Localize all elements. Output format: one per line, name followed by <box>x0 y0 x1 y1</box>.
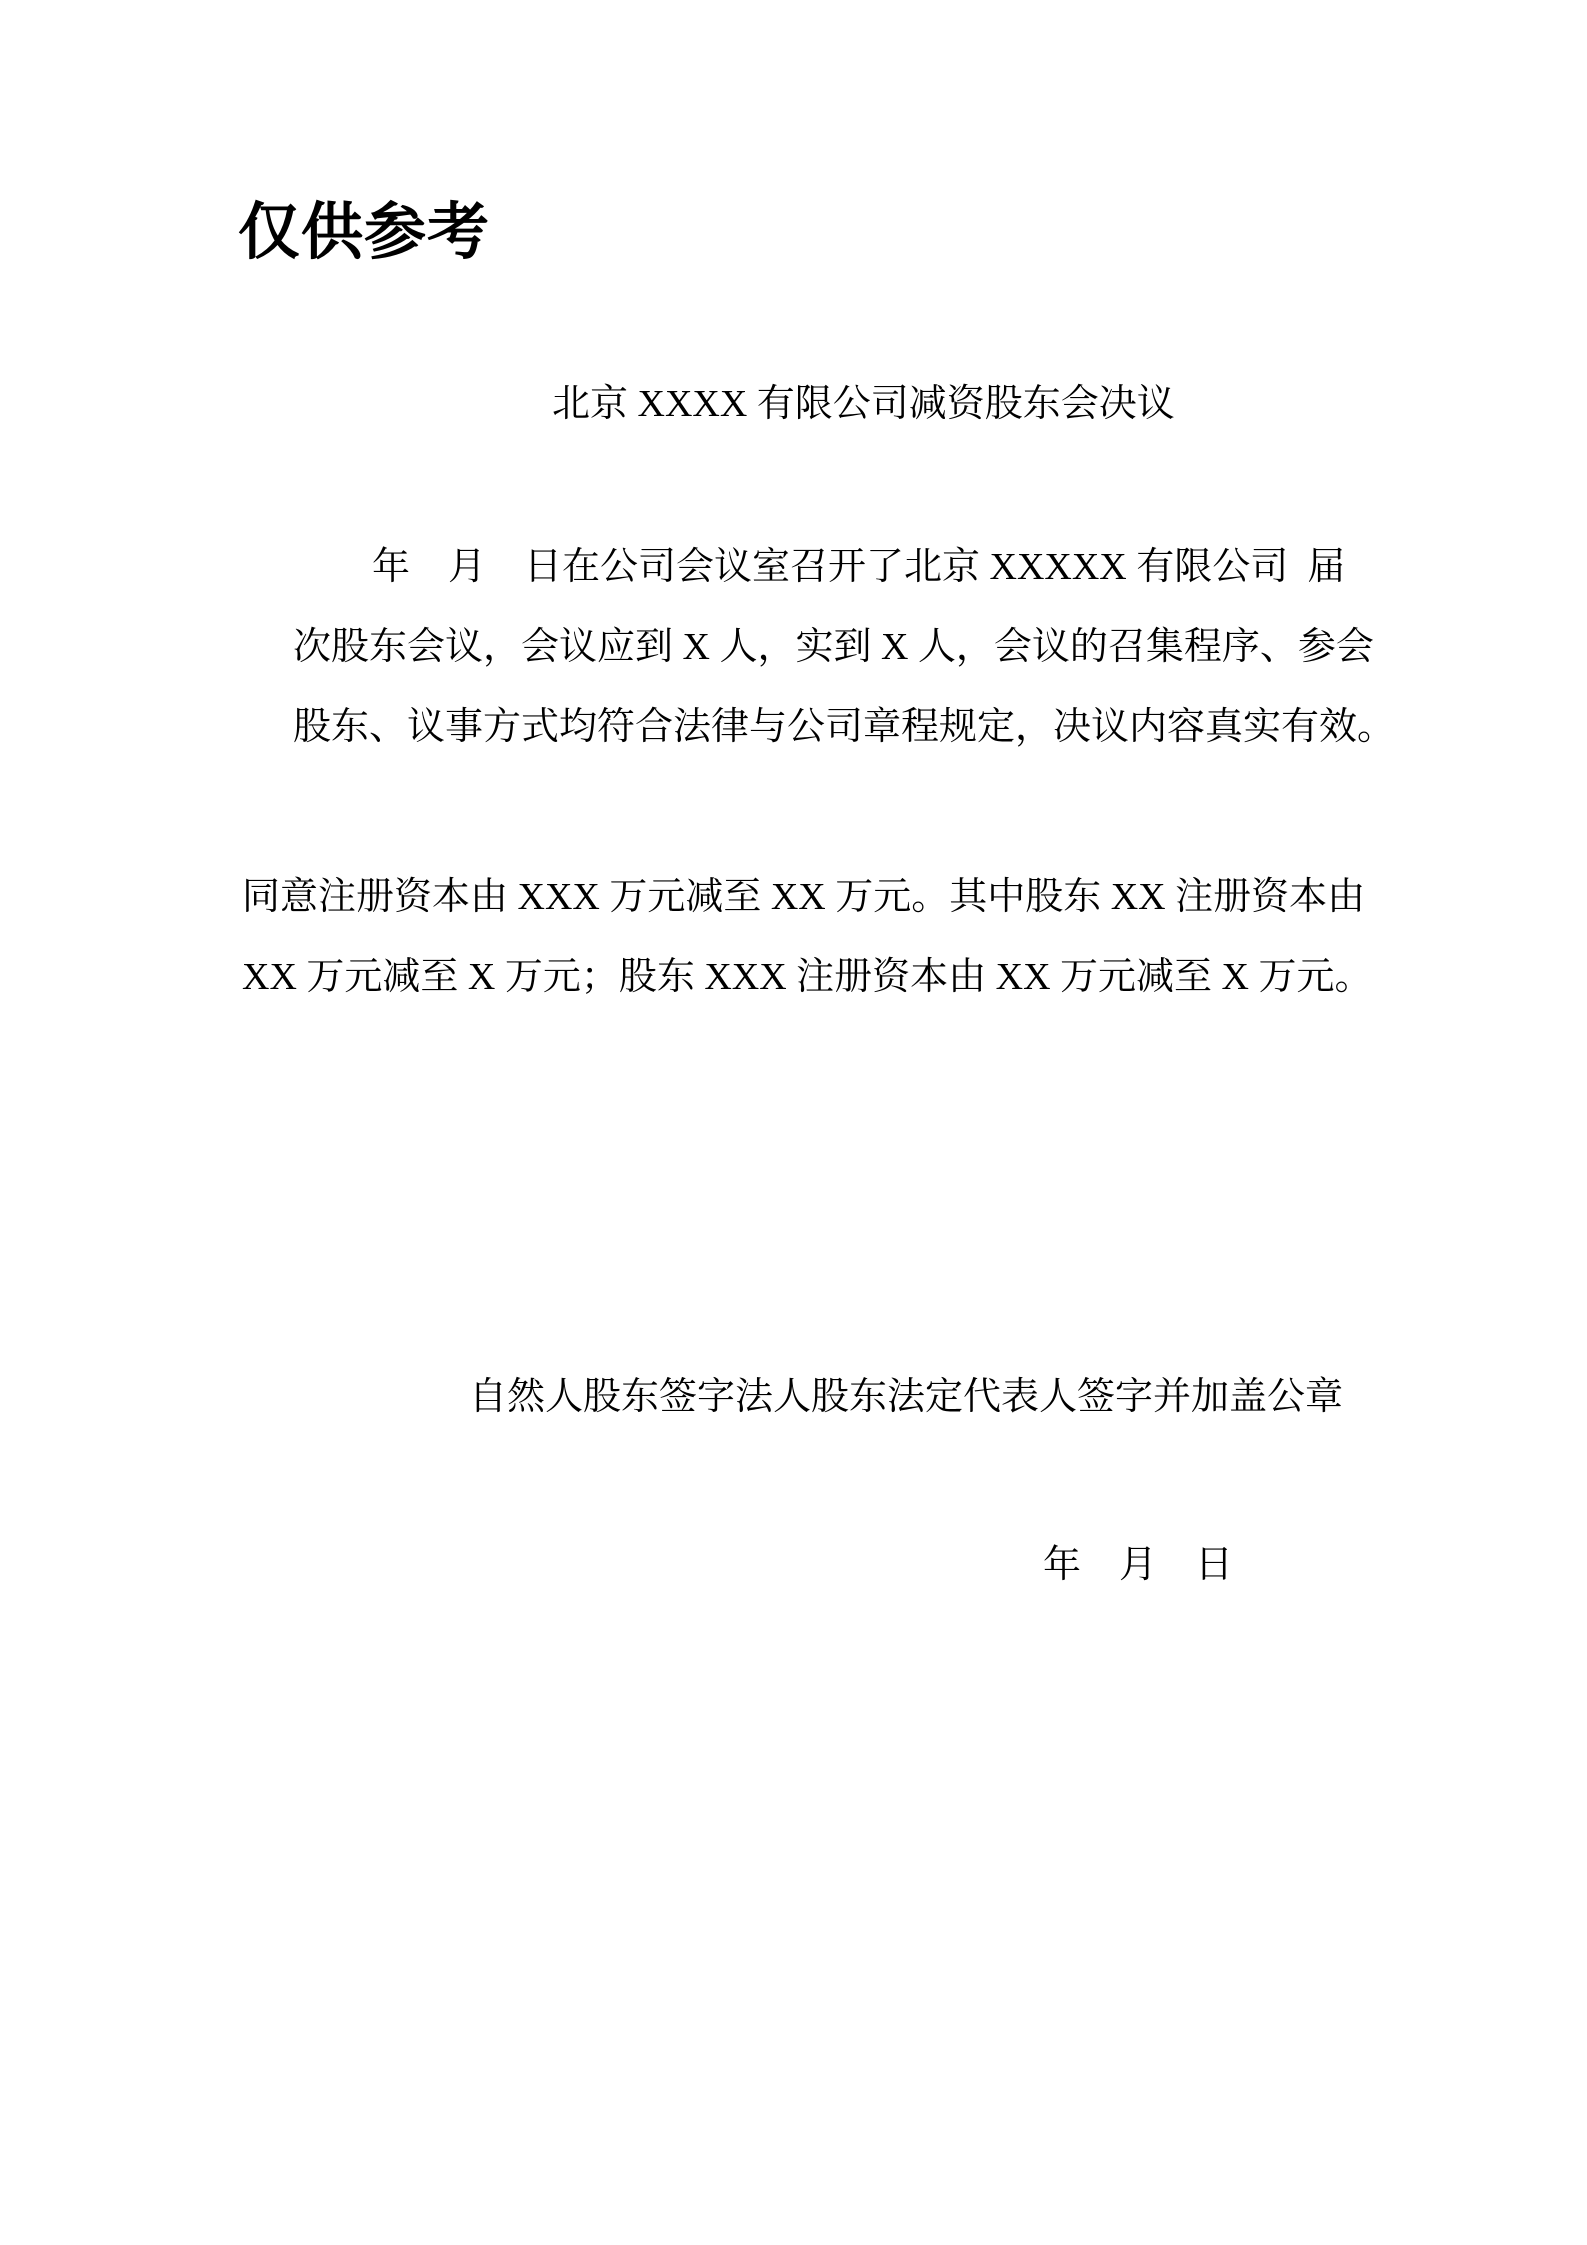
meeting-paragraph-line-3: 股东、议事方式均符合法律与公司章程规定，决议内容真实有效。 <box>293 687 1395 767</box>
resolution-paragraph-line-1: 同意注册资本由 XXX 万元减至 XX 万元。其中股东 XX 注册资本由 <box>242 857 1372 937</box>
document-page: 仅供参考 北京 XXXX 有限公司减资股东会决议 年 月 日在公司会议室召开了北… <box>0 0 1587 2245</box>
meeting-paragraph-line-2: 次股东会议，会议应到 X 人，实到 X 人，会议的召集程序、参会 <box>293 607 1395 687</box>
meeting-paragraph-line-1: 年 月 日在公司会议室召开了北京 XXXXX 有限公司 届 <box>293 527 1395 607</box>
meeting-paragraph: 年 月 日在公司会议室召开了北京 XXXXX 有限公司 届 次股东会议，会议应到… <box>293 527 1395 767</box>
date-line: 年 月 日 <box>1043 1525 1233 1605</box>
signature-line: 自然人股东签字法人股东法定代表人签字并加盖公章 <box>469 1357 1343 1437</box>
resolution-paragraph: 同意注册资本由 XXX 万元减至 XX 万元。其中股东 XX 注册资本由 XX … <box>242 857 1372 1017</box>
document-title: 北京 XXXX 有限公司减资股东会决议 <box>552 364 1175 444</box>
resolution-paragraph-line-2: XX 万元减至 X 万元；股东 XXX 注册资本由 XX 万元减至 X 万元。 <box>242 937 1372 1017</box>
reference-only-notice: 仅供参考 <box>238 193 490 273</box>
